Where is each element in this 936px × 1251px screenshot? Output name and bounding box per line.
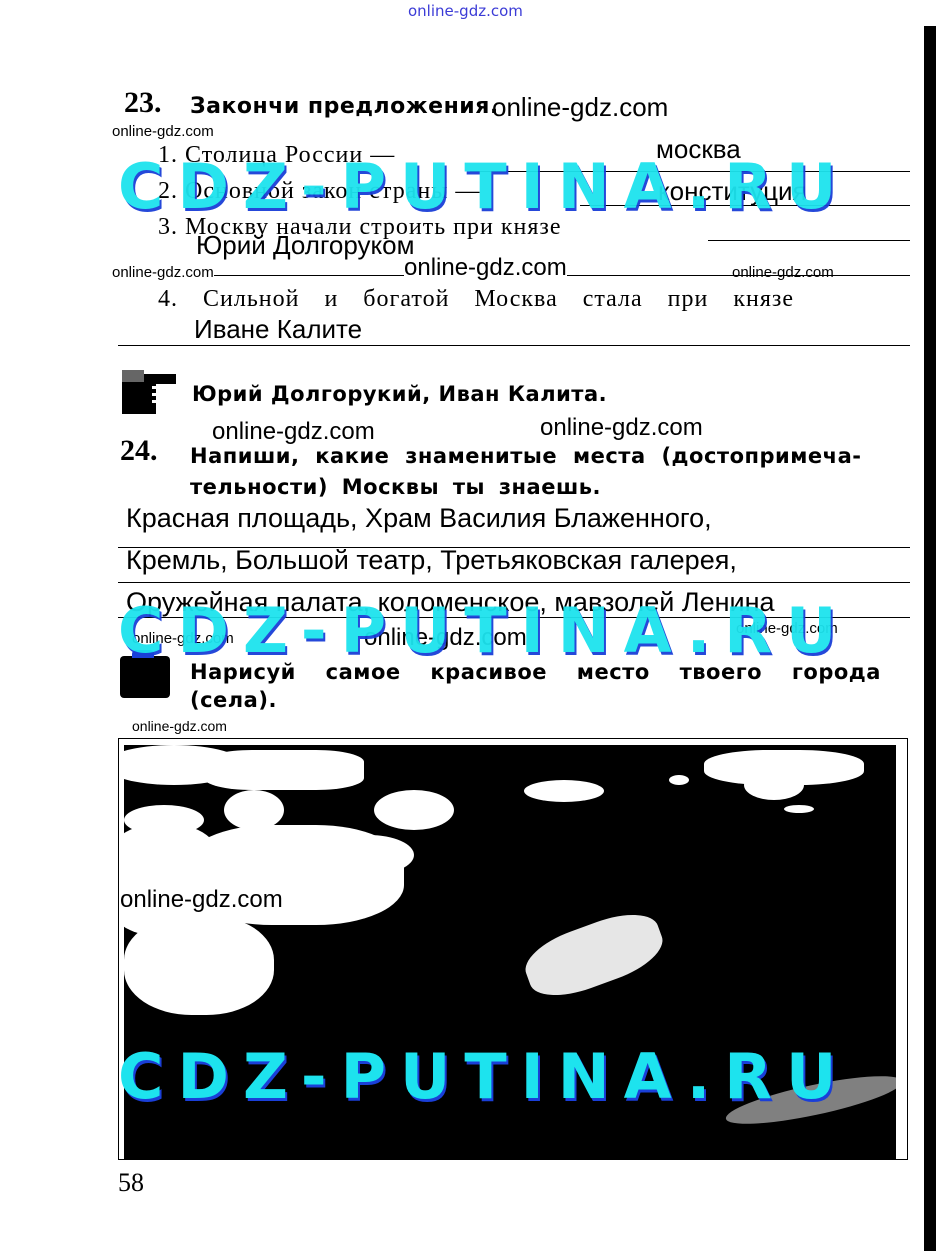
exercise-24-number: 24. xyxy=(120,434,158,468)
item-3-answer[interactable]: Юрий Долгоруком xyxy=(196,230,415,261)
watermark-small: online-gdz.com xyxy=(112,264,214,281)
watermark-medium: online-gdz.com xyxy=(120,886,283,914)
exercise-23-title: Закончи предложения. xyxy=(190,94,499,119)
watermark-small: online-gdz.com xyxy=(732,264,834,281)
watermark-inline: online-gdz.com xyxy=(492,92,668,123)
brand-watermark: CDZ-PUTINA.RU xyxy=(118,594,850,667)
exercise-24-title-line2: тельности) Москвы ты знаешь. xyxy=(190,475,601,499)
page-number: 58 xyxy=(118,1168,144,1198)
watermark-medium: online-gdz.com xyxy=(540,414,703,442)
answer-line xyxy=(708,240,910,241)
answer-line xyxy=(118,345,910,346)
brand-watermark: CDZ-PUTINA.RU xyxy=(118,1040,850,1113)
scan-edge-strip xyxy=(924,26,936,1251)
exercise-23-hint: Юрий Долгорукий, Иван Калита. xyxy=(192,382,607,406)
draw-task-title-line2: (села). xyxy=(190,688,277,712)
watermark-medium: online-gdz.com xyxy=(212,418,375,446)
watermark-top: online-gdz.com xyxy=(408,2,523,20)
item-4-prompt: 4. Сильной и богатой Москва стала при кн… xyxy=(158,286,794,313)
exercise-24-answer-1[interactable]: Красная площадь, Храм Василия Блаженного… xyxy=(126,503,712,534)
item-4-answer[interactable]: Иване Калите xyxy=(194,314,362,345)
pointing-hand-icon xyxy=(122,368,176,414)
watermark-small: online-gdz.com xyxy=(132,718,227,734)
exercise-24-answer-2[interactable]: Кремль, Большой театр, Третьяковская гал… xyxy=(126,545,737,576)
brand-watermark: CDZ-PUTINA.RU xyxy=(118,150,850,223)
exercise-23-number: 23. xyxy=(124,86,162,120)
exercise-24-title-line1: Напиши, какие знаменитые места (достопри… xyxy=(190,444,861,468)
watermark-medium: online-gdz.com xyxy=(404,254,567,282)
answer-line xyxy=(118,582,910,583)
watermark-small: online-gdz.com xyxy=(112,123,214,140)
